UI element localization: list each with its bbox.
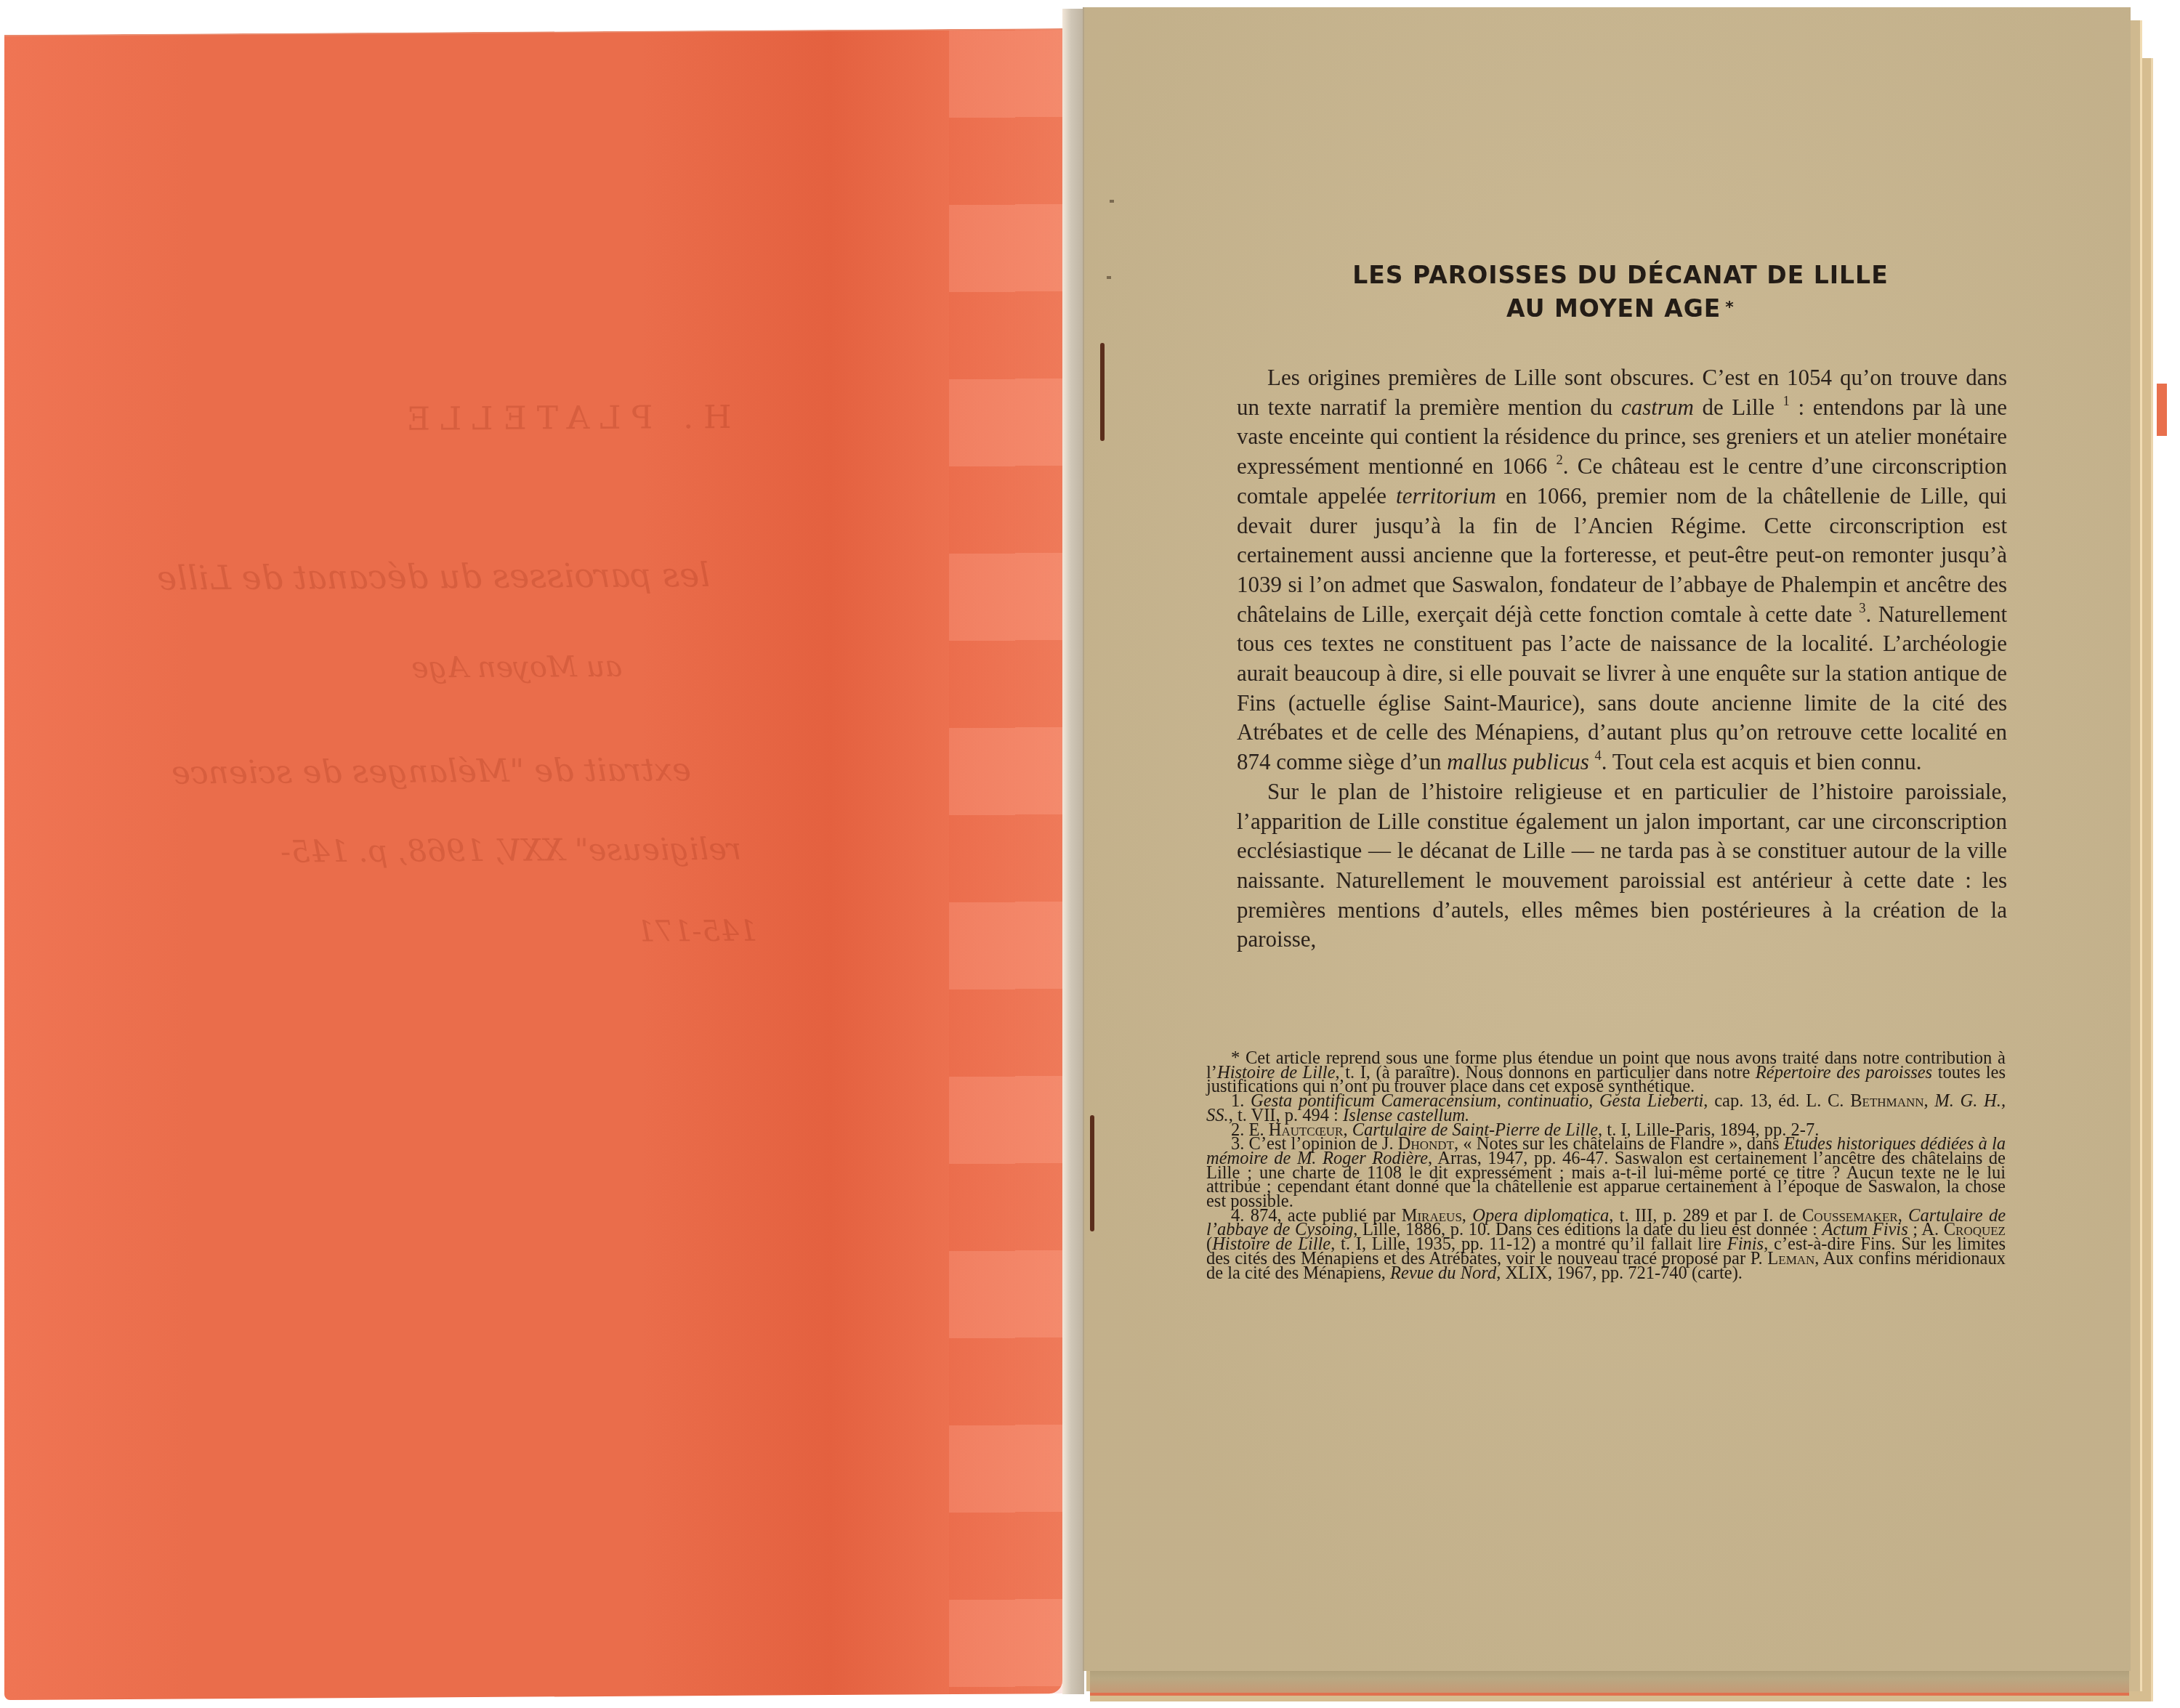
italic-text: Actum Fivis xyxy=(1822,1220,1908,1239)
footnote-3: 3. C’est l’opinion de J. Dhondt, « Notes… xyxy=(1206,1137,2006,1209)
footnote-star: * Cet article reprend sous une forme plu… xyxy=(1206,1051,2006,1094)
showthrough-handwriting-line: les paroisses du décanat de Lille xyxy=(157,555,710,598)
page-speck xyxy=(1110,200,1114,203)
italic-text: Répertoire des paroisses xyxy=(1756,1063,1932,1082)
footnotes: * Cet article reprend sous une forme plu… xyxy=(1206,1051,2006,1280)
page-speck xyxy=(1107,276,1111,279)
italic-text: Finis xyxy=(1727,1234,1764,1254)
italic-text: territorium xyxy=(1396,483,1496,509)
showthrough-handwriting-line: H. PLATELLE xyxy=(397,399,732,438)
cover-corner-tab xyxy=(2157,384,2167,436)
footnote-4: 4. 874, acte publié par Miraeus, Opera d… xyxy=(1206,1209,2006,1281)
staple xyxy=(1090,1115,1094,1231)
italic-text: Etudes historiques dédiées à la mémoire … xyxy=(1206,1134,2006,1168)
footnote-ref: 1 xyxy=(1783,394,1790,409)
footnote-ref: 2 xyxy=(1557,453,1563,468)
cover-fold-band xyxy=(949,30,1062,1694)
article-title-line-2-text: AU MOYEN AGE xyxy=(1506,294,1721,323)
body-paragraph: Les origines premières de Lille sont obs… xyxy=(1237,363,2007,777)
italic-text: Opera diplomatica xyxy=(1472,1206,1609,1226)
footnote-ref: 4 xyxy=(1595,748,1602,764)
showthrough-handwriting-line: extrait de "Mélanges de science xyxy=(171,751,691,791)
author-name: Bethmann xyxy=(1850,1091,1923,1111)
article-body: Les origines premières de Lille sont obs… xyxy=(1237,363,2007,955)
showthrough-handwriting-line: au Moyen Age xyxy=(411,650,622,685)
article-title: LES PAROISSES DU DÉCANAT DE LILLE AU MOY… xyxy=(1235,259,2006,325)
article-title-line-1: LES PAROISSES DU DÉCANAT DE LILLE xyxy=(1235,259,2006,291)
showthrough-handwriting-line: 145-171 xyxy=(637,915,757,949)
staple xyxy=(1100,343,1105,441)
booklet-spine xyxy=(1062,9,1084,1694)
footnote-ref: 3 xyxy=(1859,601,1865,616)
author-name: Miraeus xyxy=(1402,1206,1462,1226)
italic-text: mallus publicus xyxy=(1447,749,1588,774)
footnote-1: 1. Gesta pontificum Cameracensium, conti… xyxy=(1206,1094,2006,1122)
body-paragraph: Sur le plan de l’histoire religieuse et … xyxy=(1237,777,2007,955)
booklet-cover: H. PLATELLE les paroisses du décanat de … xyxy=(4,28,1062,1700)
italic-text: castrum xyxy=(1621,394,1694,420)
title-footnote-marker: * xyxy=(1725,299,1735,317)
showthrough-handwriting-line: religieuse" XXV, 1968, p. 145- xyxy=(280,831,741,870)
italic-text: Histoire de Lille xyxy=(1212,1234,1331,1254)
article-title-line-2: AU MOYEN AGE* xyxy=(1235,291,2006,325)
italic-text: Gesta pontificum Cameracensium, continua… xyxy=(1251,1091,1703,1111)
italic-text: Revue du Nord xyxy=(1390,1263,1496,1283)
author-name: Croquez xyxy=(1944,1220,2006,1239)
italic-text: Histoire de Lille xyxy=(1217,1063,1336,1082)
author-name: Leman xyxy=(1767,1249,1814,1268)
